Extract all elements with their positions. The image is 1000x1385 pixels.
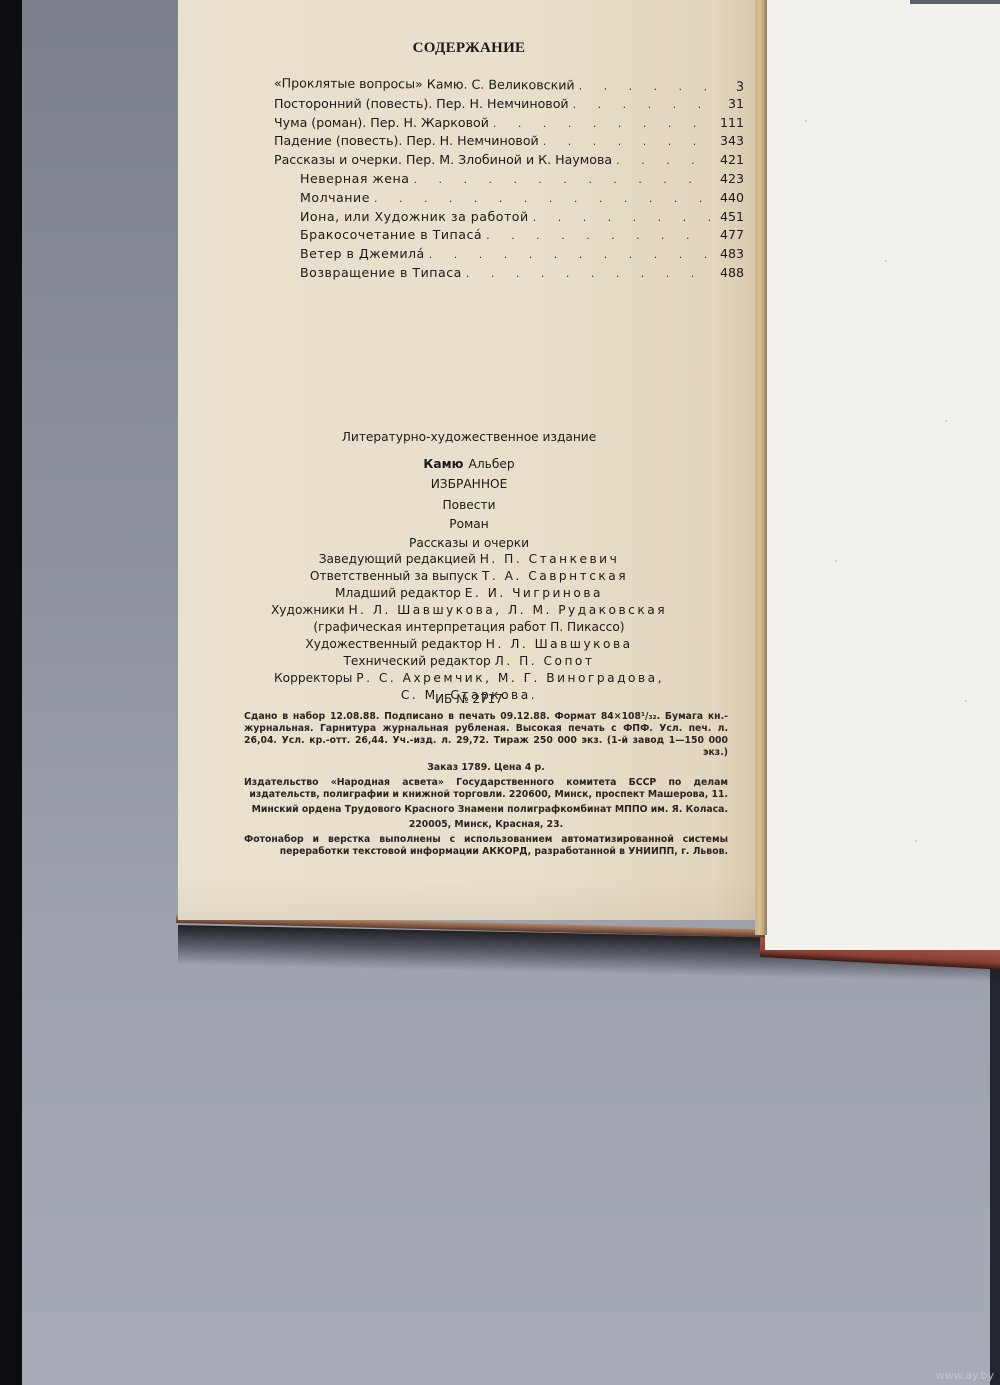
credit-role: Ответственный за выпуск <box>310 569 478 583</box>
toc-leader-dots: . . . . . . . . . . . . . . . . . . . . … <box>533 209 712 227</box>
toc-entry: Бракосочетание в Типасá. . . . . . . . .… <box>274 226 744 245</box>
toc-entry: «Проклятые вопросы» Камю. С. Великовский… <box>274 74 744 96</box>
toc-entry: Молчание. . . . . . . . . . . . . . . . … <box>274 189 744 208</box>
order-price: Заказ 1789. Цена 4 р. <box>244 762 728 774</box>
toc-leader-dots: . . . . . . . . . . . . . . . . . . . . … <box>543 133 712 151</box>
print-details: Сдано в набор 12.08.88. Подписано в печа… <box>244 711 728 759</box>
toc-entry: Иона, или Художник за работой. . . . . .… <box>274 208 744 227</box>
toc-entry-title: Рассказы и очерки. Пер. М. Злобиной и К.… <box>274 151 616 169</box>
credit-name: Л. П. Сопот <box>495 654 595 668</box>
toc-entry: Рассказы и очерки. Пер. М. Злобиной и К.… <box>274 151 744 170</box>
toc-leader-dots: . . . . . . . . . . . . . . . . . . . . … <box>429 246 712 264</box>
facing-blank-page <box>765 0 1000 950</box>
toc-entry-page: 421 <box>712 151 744 169</box>
toc-title: СОДЕРЖАНИЕ <box>178 40 760 57</box>
printer: Минский ордена Трудового Красного Знамен… <box>244 804 728 816</box>
toc-entry-title: Неверная жена <box>274 170 413 188</box>
credit-name: Т. А. Саврнтская <box>482 569 628 583</box>
edition-type: Литературно-художественное издание <box>178 427 760 448</box>
watermark: www.ay.by <box>936 1369 994 1382</box>
credit-role: Художники <box>271 603 345 617</box>
toc-entry-title: Иона, или Художник за работой <box>274 208 533 226</box>
credit-line: Технический редактор Л. П. Сопот <box>178 653 760 670</box>
credit-line: Заведующий редакцией Н. П. Станкевич <box>178 551 760 568</box>
credit-role: (графическая интерпретация работ П. Пика… <box>313 620 624 634</box>
credit-name: Н. Л. Шавшукова <box>486 637 633 651</box>
colophon: Сдано в набор 12.08.88. Подписано в печа… <box>244 711 728 861</box>
toc-entry-page: 31 <box>712 95 744 113</box>
toc-entry-page: 440 <box>712 189 744 207</box>
credit-line: Художественный редактор Н. Л. Шавшукова <box>178 636 760 653</box>
toc-leader-dots: . . . . . . . . . . . . . . . . . . . . … <box>579 77 713 96</box>
toc-entry-page: 343 <box>712 132 744 150</box>
credit-line: Корректоры Р. С. Ахремчик, М. Г. Виногра… <box>178 670 760 687</box>
toc-entry: Возвращение в Типаса. . . . . . . . . . … <box>274 264 744 283</box>
printer-address: 220005, Минск, Красная, 23. <box>244 819 728 831</box>
toc-entry-page: 3 <box>712 77 744 95</box>
toc-leader-dots: . . . . . . . . . . . . . . . . . . . . … <box>466 265 712 283</box>
toc-entry-page: 111 <box>712 114 744 132</box>
toc-entry: Ветер в Джемилá. . . . . . . . . . . . .… <box>274 245 744 264</box>
toc-entry: Падение (повесть). Пер. Н. Немчиновой. .… <box>274 132 744 151</box>
scanner-edge <box>0 0 22 1385</box>
toc-entry-title: Ветер в Джемилá <box>274 245 429 263</box>
toc-entry-page: 483 <box>712 245 744 263</box>
credit-role: Художественный редактор <box>305 637 482 651</box>
toc-entry-title: Чума (роман). Пер. Н. Жарковой <box>274 114 493 132</box>
credit-name: Н. Л. Шавшукова, Л. М. Рудаковская <box>348 603 667 617</box>
credit-role: Технический редактор <box>343 654 490 668</box>
toc-entry: Чума (роман). Пер. Н. Жарковой. . . . . … <box>274 114 744 133</box>
toc-entry: Посторонний (повесть). Пер. Н. Немчиново… <box>274 95 744 114</box>
toc-entry-title: Падение (повесть). Пер. Н. Немчиновой <box>274 132 543 150</box>
credit-role: Корректоры <box>274 671 352 685</box>
credit-name: Н. П. Станкевич <box>480 552 620 566</box>
toc-entry-page: 477 <box>712 226 744 244</box>
toc-leader-dots: . . . . . . . . . . . . . . . . . . . . … <box>486 227 712 245</box>
publisher: Издательство «Народная асвета» Государст… <box>244 777 728 801</box>
author-surname: Камю <box>423 457 463 471</box>
credit-line: (графическая интерпретация работ П. Пика… <box>178 619 760 636</box>
toc-leader-dots: . . . . . . . . . . . . . . . . . . . . … <box>493 115 712 133</box>
toc-entry-title: «Проклятые вопросы» Камю. С. Великовский <box>274 74 579 94</box>
author-name: Альбер <box>469 457 515 471</box>
credit-name: Е. И. Чигринова <box>465 586 603 600</box>
toc-entry-page: 488 <box>712 264 744 282</box>
toc-leader-dots: . . . . . . . . . . . . . . . . . . . . … <box>374 190 712 208</box>
toc-entry-title: Посторонний (повесть). Пер. Н. Немчиново… <box>274 95 573 113</box>
credit-line: Младший редактор Е. И. Чигринова <box>178 585 760 602</box>
editorial-credits: Заведующий редакцией Н. П. СтанкевичОтве… <box>178 551 760 704</box>
book-title: ИЗБРАННОЕ <box>178 474 760 495</box>
author-line: Камю Альбер <box>178 453 760 475</box>
ib-number: ИБ № 2717 <box>178 692 760 706</box>
toc-entry-page: 451 <box>712 208 744 226</box>
credit-line: Ответственный за выпуск Т. А. Саврнтская <box>178 568 760 585</box>
book-contents: Повести Роман Рассказы и очерки <box>178 496 760 553</box>
toc-leader-dots: . . . . . . . . . . . . . . . . . . . . … <box>413 171 712 189</box>
toc-entry-title: Возвращение в Типаса <box>274 264 466 282</box>
credit-name: Р. С. Ахремчик, М. Г. Виноградова, <box>356 671 664 685</box>
toc-entry-page: 423 <box>712 170 744 188</box>
typesetting-note: Фотонабор и верстка выполнены с использо… <box>244 834 728 858</box>
scanner-edge-right <box>990 950 1000 1385</box>
table-of-contents: «Проклятые вопросы» Камю. С. Великовский… <box>274 76 744 283</box>
toc-leader-dots: . . . . . . . . . . . . . . . . . . . . … <box>573 96 712 114</box>
credit-role: Младший редактор <box>335 586 461 600</box>
toc-entry: Неверная жена. . . . . . . . . . . . . .… <box>274 170 744 189</box>
toc-entry-title: Молчание <box>274 189 374 207</box>
toc-entry-title: Бракосочетание в Типасá <box>274 226 486 244</box>
credit-role: Заведующий редакцией <box>319 552 476 566</box>
credit-line: Художники Н. Л. Шавшукова, Л. М. Рудаков… <box>178 602 760 619</box>
toc-leader-dots: . . . . . . . . . . . . . . . . . . . . … <box>616 152 712 170</box>
